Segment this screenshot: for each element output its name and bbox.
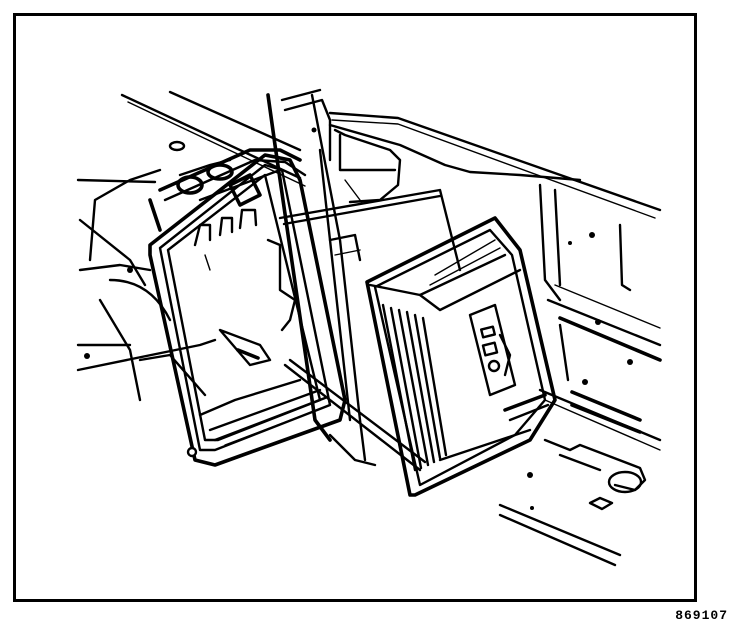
left-panel <box>78 142 215 400</box>
illustration <box>0 0 736 622</box>
leader-lines <box>280 190 460 470</box>
figure-caption: 869107 <box>675 610 728 622</box>
floor-pan <box>500 392 645 565</box>
control-module <box>367 218 555 495</box>
diagram-figure: 869107 <box>0 0 736 622</box>
